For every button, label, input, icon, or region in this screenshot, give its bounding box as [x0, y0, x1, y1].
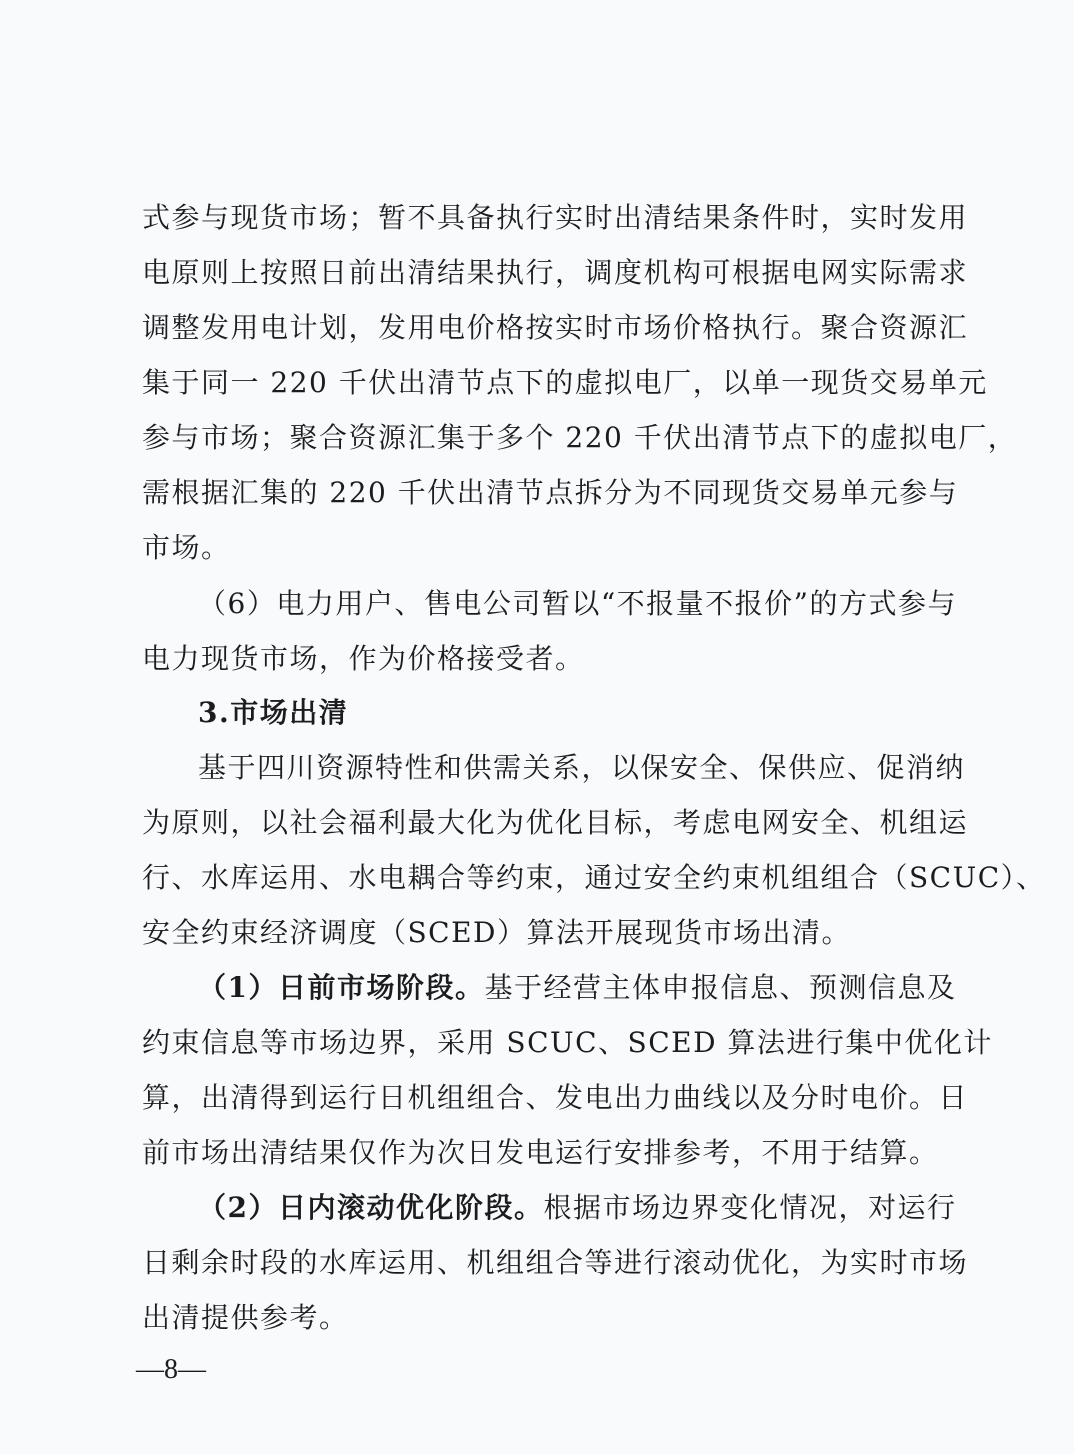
- subsection-2-line: （2）日内滚动优化阶段。根据市场边界变化情况，对运行: [198, 1188, 938, 1228]
- body-line: 电原则上按照日前出清结果执行，调度机构可根据电网实际需求: [142, 253, 938, 293]
- body-line: 调整发用电计划，发用电价格按实时市场价格执行。聚合资源汇: [142, 308, 938, 348]
- subsection-2-line: 日剩余时段的水库运用、机组组合等进行滚动优化，为实时市场: [142, 1243, 938, 1283]
- section-para-line: 基于四川资源特性和供需关系，以保安全、保供应、促消纳: [198, 748, 938, 788]
- section-para-line: 为原则，以社会福利最大化为优化目标，考虑电网安全、机组运: [142, 803, 938, 843]
- subsection-1-line: 约束信息等市场边界，采用 SCUC、SCED 算法进行集中优化计: [142, 1023, 938, 1063]
- body-line: 参与市场；聚合资源汇集于多个 220 千伏出清节点下的虚拟电厂，: [142, 418, 938, 458]
- section-heading: 3.市场出清: [198, 693, 938, 733]
- subsection-2-line: 出清提供参考。: [142, 1298, 938, 1338]
- subsection-1-line: （1）日前市场阶段。基于经营主体申报信息、预测信息及: [198, 968, 938, 1008]
- body-line: 集于同一 220 千伏出清节点下的虚拟电厂，以单一现货交易单元: [142, 363, 938, 403]
- subsection-2-text: 根据市场边界变化情况，对运行: [543, 1191, 956, 1224]
- section-para-line: 行、水库运用、水电耦合等约束，通过安全约束机组组合（SCUC）、: [142, 858, 938, 898]
- subsection-2-label: （2）日内滚动优化阶段。: [198, 1191, 543, 1224]
- body-line: 式参与现货市场；暂不具备执行实时出清结果条件时，实时发用: [142, 198, 938, 238]
- subsection-1-line: 前市场出清结果仅作为次日发电运行安排参考，不用于结算。: [142, 1133, 938, 1173]
- item-6-line: 电力现货市场，作为价格接受者。: [142, 639, 938, 679]
- body-line: 需根据汇集的 220 千伏出清节点拆分为不同现货交易单元参与: [142, 473, 938, 513]
- item-6-line: （6）电力用户、售电公司暂以“不报量不报价”的方式参与: [198, 584, 938, 624]
- body-line: 市场。: [142, 528, 938, 568]
- page-number: —8—: [136, 1352, 206, 1388]
- subsection-1-text: 基于经营主体申报信息、预测信息及: [484, 971, 956, 1004]
- section-para-line: 安全约束经济调度（SCED）算法开展现货市场出清。: [142, 913, 938, 953]
- document-page: 式参与现货市场；暂不具备执行实时出清结果条件时，实时发用 电原则上按照日前出清结…: [0, 0, 1074, 1454]
- subsection-1-line: 算，出清得到运行日机组组合、发电出力曲线以及分时电价。日: [142, 1078, 938, 1118]
- subsection-1-label: （1）日前市场阶段。: [198, 971, 484, 1004]
